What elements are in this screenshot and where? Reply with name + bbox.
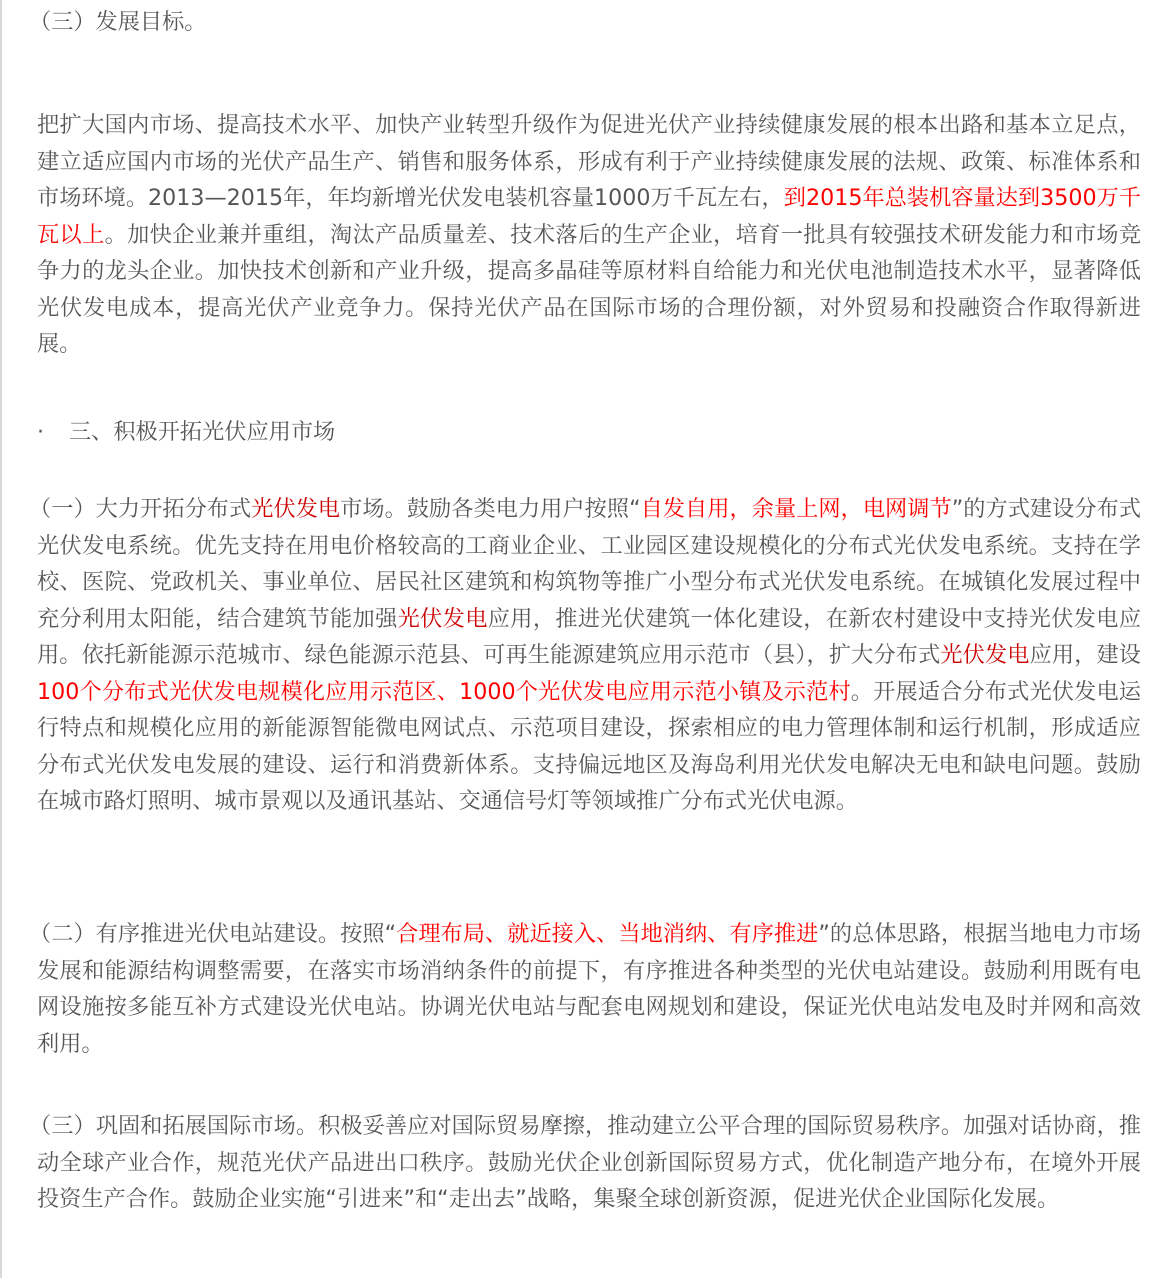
item-one-paragraph: （一）大力开拓分布式光伏发电市场。鼓励各类电力用户按照“自发自用，余量上网，电网… <box>37 491 1141 820</box>
highlight-pv-power: 光伏发电 <box>940 642 1029 668</box>
bullet-dot: · <box>37 414 69 451</box>
item-two-paragraph: （二）有序推进光伏电站建设。按照“合理布局、就近接入、当地消纳、有序推进”的总体… <box>37 916 1141 1062</box>
highlight-demo-zones: 100个分布式光伏发电规模化应用示范区、1000个光伏发电应用示范小镇及示范村 <box>37 679 851 705</box>
goal-paragraph: 把扩大国内市场、提高技术水平、加快产业转型升级作为促进光伏产业持续健康发展的根本… <box>37 107 1141 363</box>
goal-heading: （三）发展目标。 <box>29 4 207 41</box>
highlight-pv-power: 光伏发电 <box>398 606 488 632</box>
item-three-paragraph: （三）巩固和拓展国际市场。积极妥善应对国际贸易摩擦，推动建立公平合理的国际贸易秩… <box>37 1108 1141 1218</box>
left-border-rule <box>0 0 2 1278</box>
highlight-self-use-policy: 自发自用，余量上网，电网调节 <box>641 496 952 522</box>
section-three-heading: ·三、积极开拓光伏应用市场 <box>37 414 335 451</box>
highlight-pv-power: 光伏发电 <box>251 496 340 522</box>
highlight-station-principles: 合理布局、就近接入、当地消纳、有序推进 <box>396 921 818 947</box>
